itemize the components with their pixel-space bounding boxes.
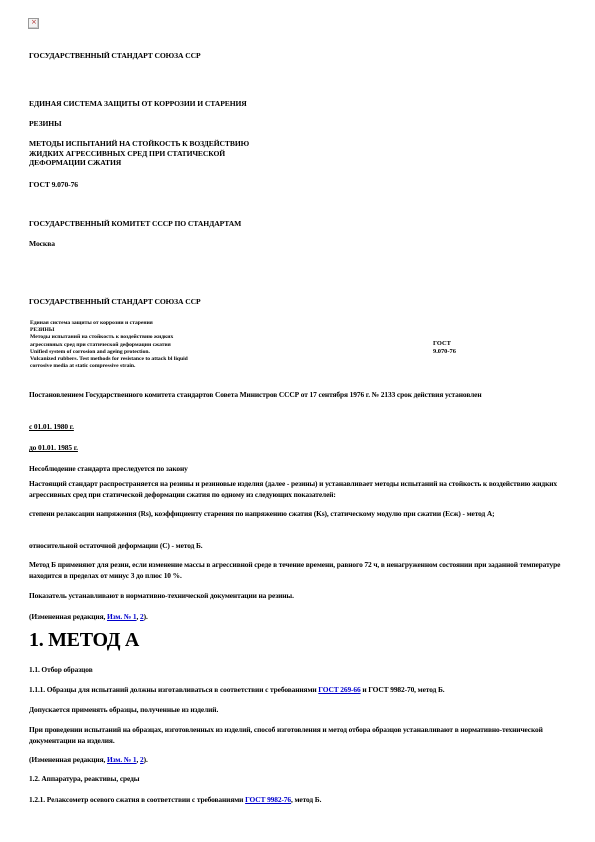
date-to: до 01.01. 1985 г.: [29, 442, 574, 453]
header-test-methods: МЕТОДЫ ИСПЫТАНИЙ НА СТОЙКОСТЬ К ВОЗДЕЙСТ…: [29, 139, 269, 168]
decree-text: Постановлением Государственного комитета…: [29, 389, 574, 400]
p111-suffix: и ГОСТ 9982-70, метод Б.: [361, 685, 445, 694]
subsection-apparatus: 1.2. Аппаратура, реактивы, среды: [29, 773, 574, 784]
amendment-suffix: ).: [144, 612, 148, 621]
broken-image-icon: ×: [28, 18, 39, 29]
paragraph-1-1-1: 1.1.1. Образцы для испытаний должны изго…: [29, 684, 574, 695]
scope-paragraph: Настоящий стандарт распространяется на р…: [29, 478, 574, 500]
amendment-link-1[interactable]: Изм. № 1: [107, 612, 137, 621]
meta-line: Методы испытаний на стойкость к воздейст…: [30, 334, 270, 341]
gost-9982-76-link[interactable]: ГОСТ 9982-76: [245, 795, 291, 804]
paragraph-1-2-1: 1.2.1. Релаксометр осевого сжатия в соот…: [29, 794, 574, 805]
when-testing-paragraph: При проведении испытаний на образцах, из…: [29, 724, 574, 746]
method-a-paragraph: степени релаксации напряжения (Rs), коэф…: [29, 508, 574, 519]
prosecution-notice: Несоблюдение стандарта преследуется по з…: [29, 463, 574, 474]
header-rubbers: РЕЗИНЫ: [29, 119, 61, 129]
amendment-note-2: (Измененная редакция, Изм. № 1, 2).: [29, 754, 574, 765]
meta-gost-label: ГОСТ: [433, 340, 456, 348]
gost-number: ГОСТ 9.070-76: [29, 180, 78, 190]
allowed-samples: Допускается применять образцы, полученны…: [29, 704, 574, 715]
meta-box-left: Единая система защиты от коррозии и стар…: [30, 320, 270, 370]
header-unified-system: ЕДИНАЯ СИСТЕМА ЗАЩИТЫ ОТ КОРРОЗИИ И СТАР…: [29, 99, 247, 109]
amendment-link-1[interactable]: Изм. № 1: [107, 755, 137, 764]
amendment-note-1: (Измененная редакция, Изм. № 1, 2).: [29, 611, 574, 622]
city: Москва: [29, 239, 55, 249]
amendment-suffix: ).: [144, 755, 148, 764]
p111-prefix: 1.1.1. Образцы для испытаний должны изго…: [29, 685, 318, 694]
amendment-prefix: (Измененная редакция,: [29, 755, 107, 764]
p121-suffix: , метод Б.: [291, 795, 321, 804]
header-state-standard: ГОСУДАРСТВЕННЫЙ СТАНДАРТ СОЮЗА ССР: [29, 51, 201, 61]
meta-gost-number: 9.070-76: [433, 348, 456, 356]
meta-line: Unified system of corrosion and ageing p…: [30, 349, 270, 356]
second-header: ГОСУДАРСТВЕННЫЙ СТАНДАРТ СОЮЗА ССР: [29, 297, 201, 307]
section-heading-method-a: 1. МЕТОД А: [29, 629, 139, 652]
subsection-sampling: 1.1. Отбор образцов: [29, 664, 574, 675]
meta-line: Vulcanized rubbers. Test methods for res…: [30, 356, 270, 363]
meta-line: corrosive media at static compressive st…: [30, 363, 270, 370]
p121-prefix: 1.2.1. Релаксометр осевого сжатия в соот…: [29, 795, 245, 804]
method-b-use-paragraph: Метод Б применяют для резин, если измене…: [29, 559, 574, 581]
meta-box-right: ГОСТ 9.070-76: [433, 340, 456, 356]
gost-269-66-link[interactable]: ГОСТ 269-66: [318, 685, 360, 694]
indicator-paragraph: Показатель устанавливают в нормативно-те…: [29, 590, 574, 601]
meta-line: агрессивных сред при статической деформа…: [30, 342, 270, 349]
method-b-paragraph: относительной остаточной деформации (С) …: [29, 540, 574, 551]
amendment-prefix: (Измененная редакция,: [29, 612, 107, 621]
meta-line: Единая система защиты от коррозии и стар…: [30, 320, 270, 327]
date-from: с 01.01. 1980 г.: [29, 421, 574, 432]
committee: ГОСУДАРСТВЕННЫЙ КОМИТЕТ СССР ПО СТАНДАРТ…: [29, 219, 241, 229]
